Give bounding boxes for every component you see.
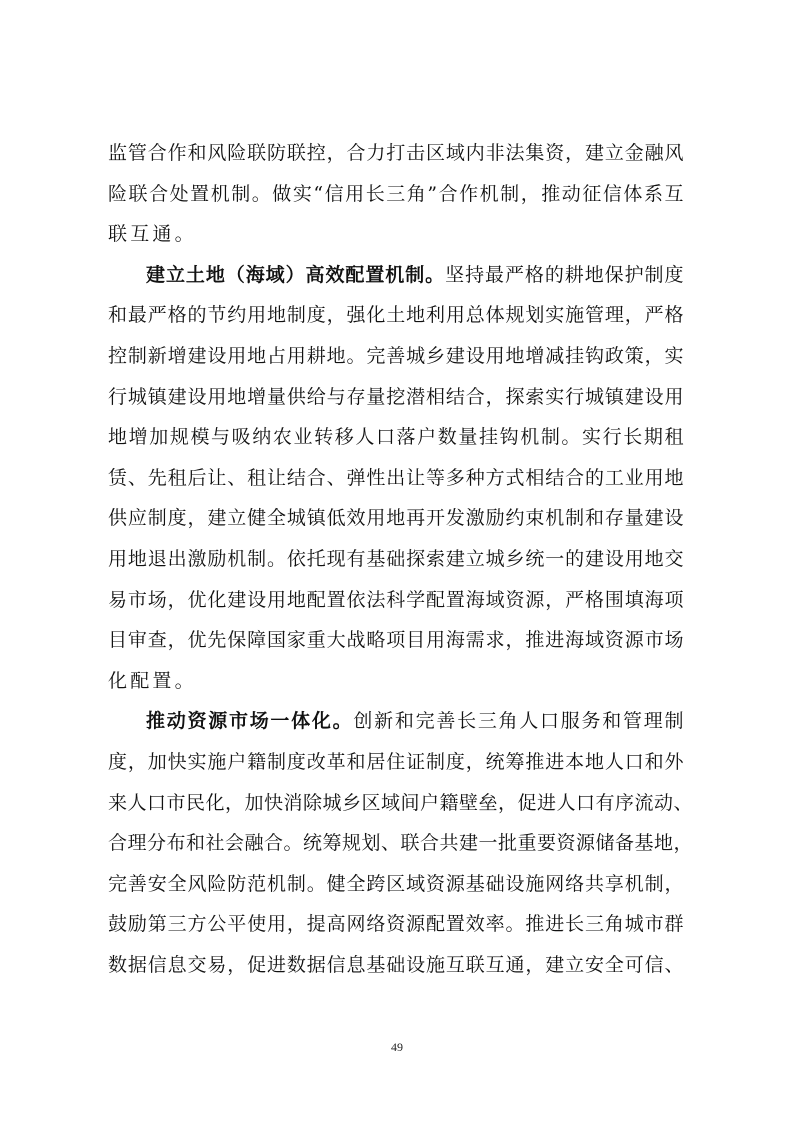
text-line: 数据信息交易，促进数据信息基础设施互联互通，建立安全可信、 — [108, 945, 684, 986]
paragraph-resource-market: 推动资源市场一体化。创新和完善长三角人口服务和管理制 度，加快实施户籍制度改革和… — [108, 701, 684, 985]
text-line: 目审查，优先保障国家重大战略项目用海需求，推进海域资源市场 — [108, 620, 684, 661]
text-line: 控制新增建设用地占用耕地。完善城乡建设用地增减挂钩政策，实 — [108, 336, 684, 377]
text-line: 易市场，优化建设用地配置依法科学配置海域资源，严格围填海项 — [108, 580, 684, 621]
text-line: 地增加规模与吸纳农业转移人口落户数量挂钩机制。实行长期租 — [108, 417, 684, 458]
text-line: 赁、先租后让、租让结合、弹性出让等多种方式相结合的工业用地 — [108, 458, 684, 499]
text-line: 和最严格的节约用地制度，强化土地利用总体规划实施管理，严格 — [108, 295, 684, 336]
text-line: 鼓励第三方公平使用，提高网络资源配置效率。推进长三角城市群 — [108, 904, 684, 945]
text-line: 联互通。 — [108, 214, 684, 255]
paragraph-text: 坚持最严格的耕地保护制度 — [445, 264, 684, 286]
text-line: 化配置。 — [108, 661, 684, 702]
text-line: 推动资源市场一体化。创新和完善长三角人口服务和管理制 — [108, 701, 684, 742]
paragraph-heading: 推动资源市场一体化。 — [146, 710, 353, 732]
text-line: 来人口市民化，加快消除城乡区域间户籍壁垒，促进人口有序流动、 — [108, 783, 684, 824]
page-number: 49 — [0, 1040, 794, 1055]
text-line: 监管合作和风险联防联控，合力打击区域内非法集资，建立金融风 — [108, 133, 684, 174]
paragraph-financial-risk: 监管合作和风险联防联控，合力打击区域内非法集资，建立金融风 险联合处置机制。做实… — [108, 133, 684, 255]
paragraph-land-allocation: 建立土地（海域）高效配置机制。坚持最严格的耕地保护制度 和最严格的节约用地制度，… — [108, 255, 684, 702]
text-line: 完善安全风险防范机制。健全跨区域资源基础设施网络共享机制， — [108, 864, 684, 905]
text-line: 度，加快实施户籍制度改革和居住证制度，统筹推进本地人口和外 — [108, 742, 684, 783]
text-line: 行城镇建设用地增量供给与存量挖潜相结合，探索实行城镇建设用 — [108, 377, 684, 418]
paragraph-heading: 建立土地（海域）高效配置机制。 — [146, 264, 445, 286]
text-line: 建立土地（海域）高效配置机制。坚持最严格的耕地保护制度 — [108, 255, 684, 296]
text-line: 合理分布和社会融合。统筹规划、联合共建一批重要资源储备基地， — [108, 823, 684, 864]
page-body: 监管合作和风险联防联控，合力打击区域内非法集资，建立金融风 险联合处置机制。做实… — [108, 133, 684, 985]
text-line: 供应制度，建立健全城镇低效用地再开发激励约束机制和存量建设 — [108, 498, 684, 539]
text-line: 用地退出激励机制。依托现有基础探索建立城乡统一的建设用地交 — [108, 539, 684, 580]
paragraph-text: 创新和完善长三角人口服务和管理制 — [353, 710, 684, 732]
text-line: 险联合处置机制。做实“信用长三角”合作机制，推动征信体系互 — [108, 174, 684, 215]
